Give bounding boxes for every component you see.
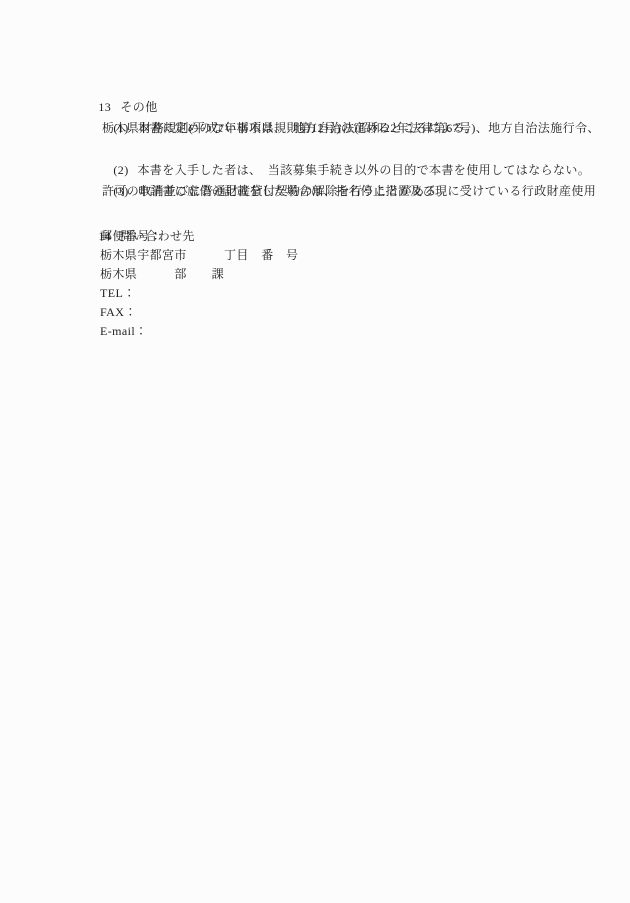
contact-address-line: 栃木県宇都宮市 丁目 番 号 xyxy=(0,246,630,265)
item-2-marker: (2) xyxy=(113,160,137,181)
item-2-text: 本書を入手した者は、 当該募集手続き以外の目的で本書を使用してはならない。 xyxy=(137,163,590,177)
section-14-heading: 14問い合わせ先 xyxy=(0,208,630,227)
contact-fax-line: FAX： xyxy=(0,303,630,322)
document-page: 13その他 (1)本書に定めのない事項は、 地方自治法(昭和22年法律第67号)… xyxy=(0,0,630,903)
section-13-other: 13その他 (1)本書に定めのない事項は、 地方自治法(昭和22年法律第67号)… xyxy=(0,76,630,202)
section-13-number: 13 xyxy=(98,97,120,118)
contact-email-line: E-mail： xyxy=(0,322,630,341)
section-14-contact: 14問い合わせ先 郵便番号： 栃木県宇都宮市 丁目 番 号 栃木県 部 課 TE… xyxy=(0,208,630,341)
section-13-heading: 13その他 xyxy=(0,76,630,97)
contact-department-line: 栃木県 部 課 xyxy=(0,265,630,284)
section-13-title: その他 xyxy=(120,100,157,114)
contact-tel-line: TEL： xyxy=(0,284,630,303)
